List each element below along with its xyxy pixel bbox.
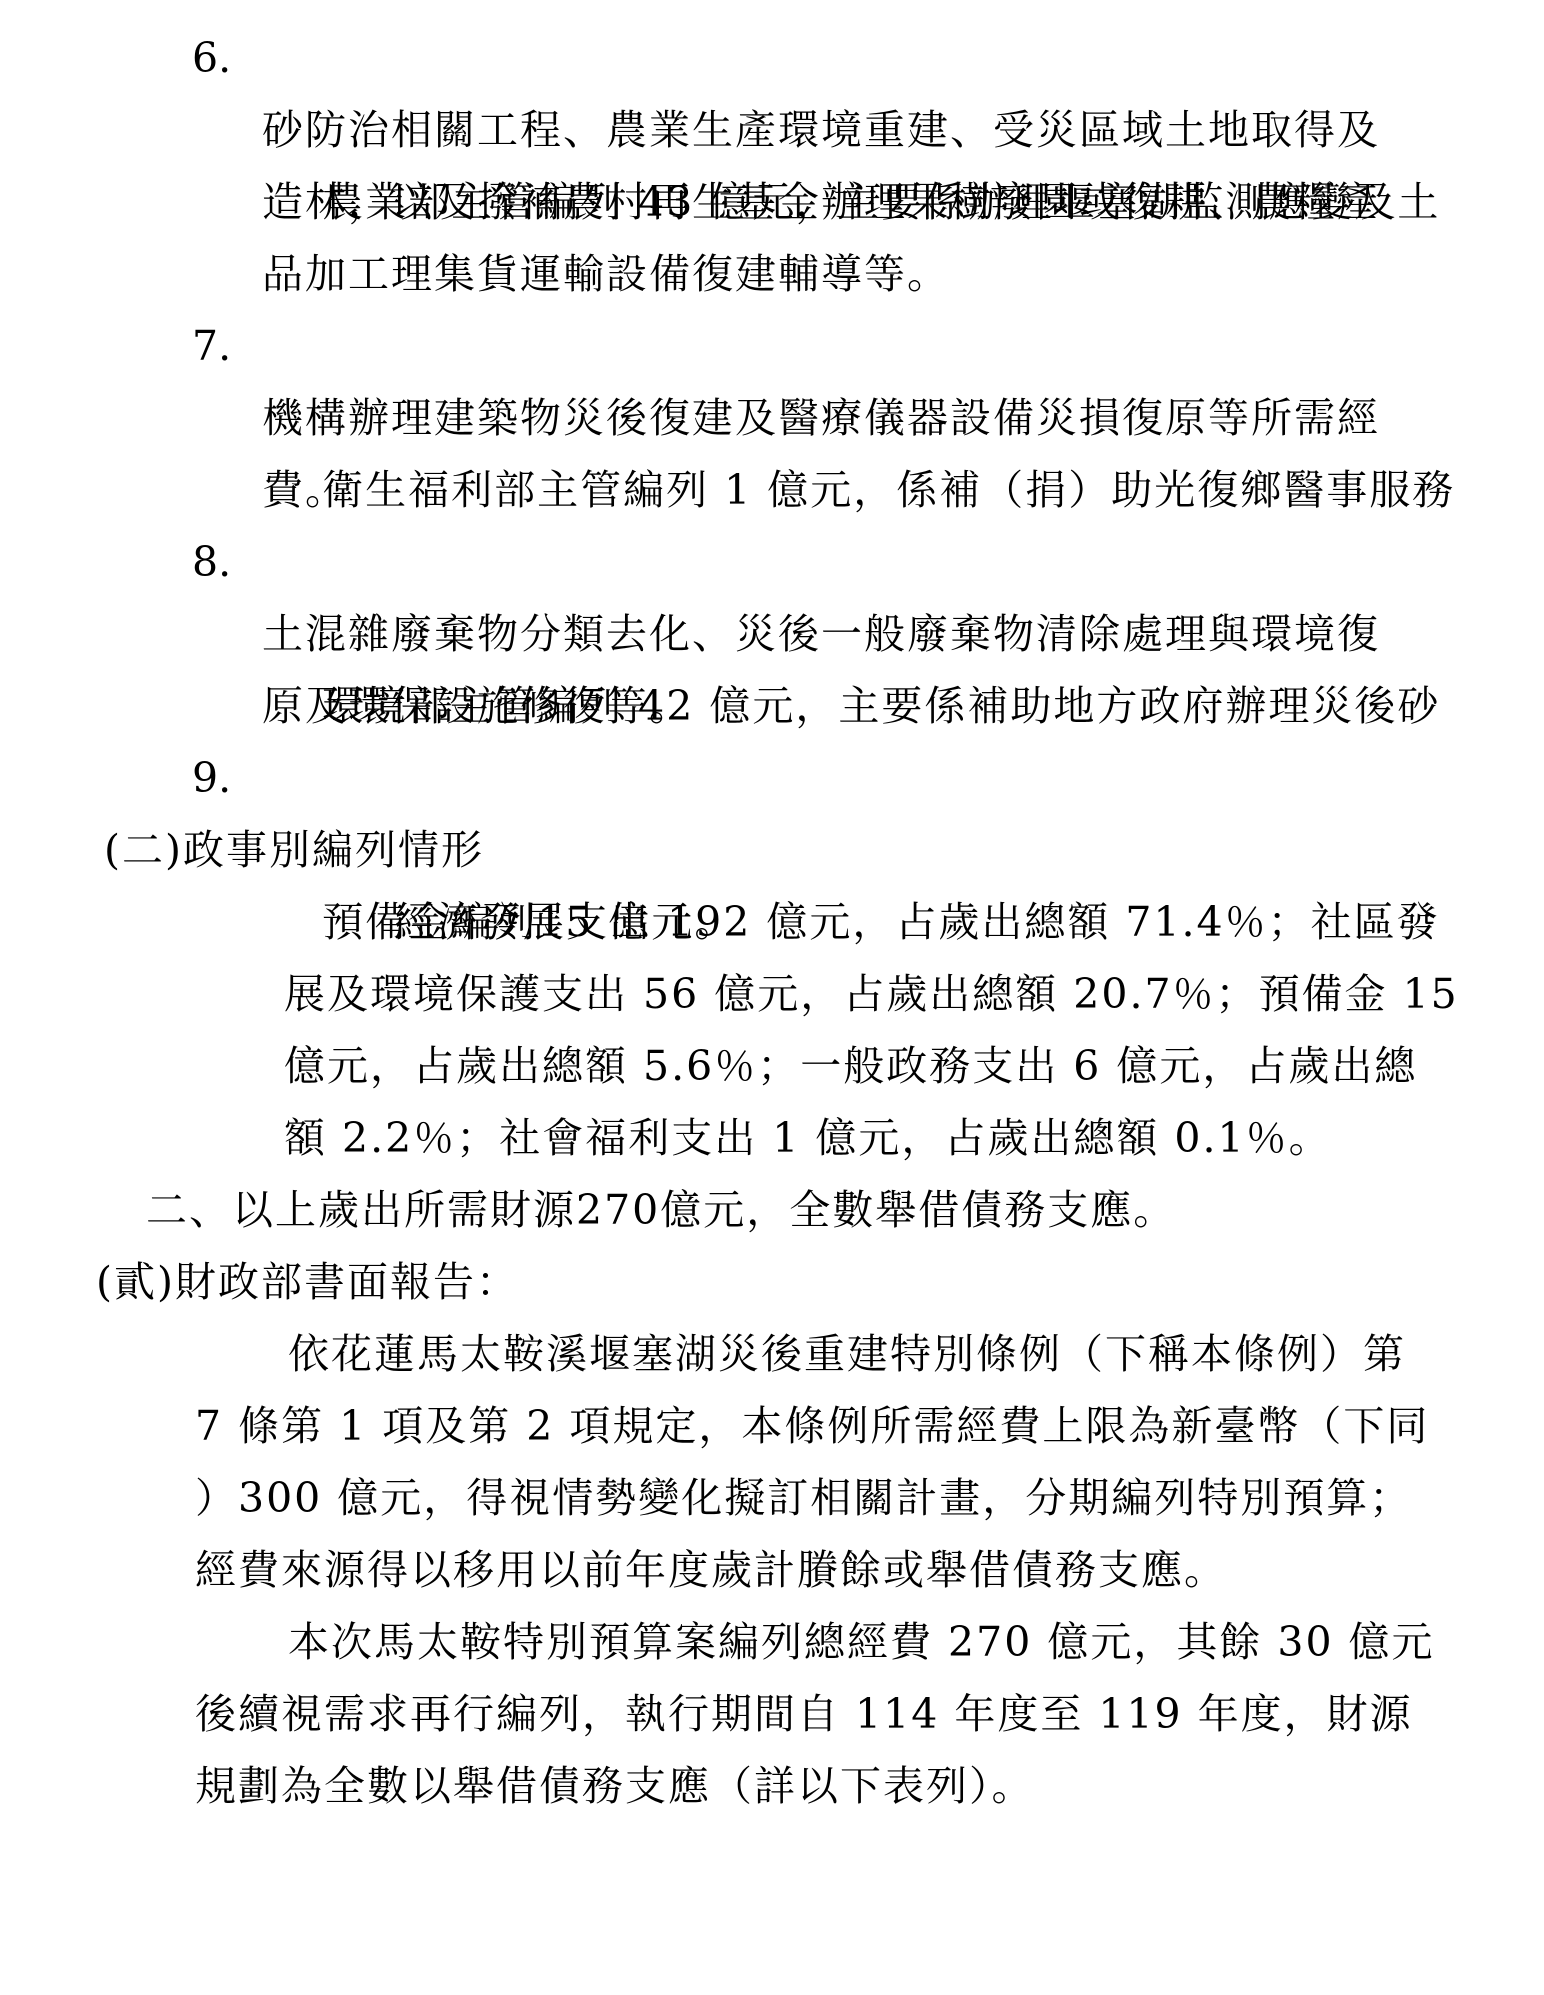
document-page: 6. 農業部主管編列 43 億元，主要係辦理堰塞湖監測應變及土 砂防治相關工程、…	[0, 0, 1544, 1995]
list-item-text-line: 衛生福利部主管編列 1 億元，係補（捐）助光復鄉醫事服務	[322, 466, 1455, 514]
list-item-text-line: 砂防治相關工程、農業生產環境重建、受災區域土地取得及	[0, 94, 1544, 166]
list-item-number: 6.	[192, 22, 231, 94]
paragraph-text-line: 經濟發展支出 192 億元，占歲出總額 71.4％；社區發	[0, 886, 1544, 958]
list-item: 8. 環境部主管編列 42 億元，主要係補助地方政府辦理災後砂	[0, 526, 1544, 598]
paragraph-text-line: 本次馬太鞍特別預算案編列總經費 270 億元，其餘 30 億元	[0, 1606, 1544, 1678]
list-item-text-line: 土混雜廢棄物分類去化、災後一般廢棄物清除處理與環境復	[0, 598, 1544, 670]
list-item: 9. 預備金編列15 億元。	[0, 742, 1544, 814]
paragraph-text-line: 後續視需求再行編列，執行期間自 114 年度至 119 年度，財源	[0, 1678, 1544, 1750]
list-item-number: 7.	[192, 310, 231, 382]
paragraph-text-line: 展及環境保護支出 56 億元，占歲出總額 20.7％；預備金 15	[0, 958, 1544, 1030]
paragraph-text-line: 經費來源得以移用以前年度歲計賸餘或舉借債務支應。	[0, 1534, 1544, 1606]
list-item-text-line: 環境部主管編列 42 億元，主要係補助地方政府辦理災後砂	[322, 682, 1440, 730]
list-item: 6. 農業部主管編列 43 億元，主要係辦理堰塞湖監測應變及土	[0, 22, 1544, 94]
list-item-number: 8.	[192, 526, 231, 598]
subsection-heading: (二)政事別編列情形	[0, 814, 1544, 886]
paragraph-text-line: 7 條第 1 項及第 2 項規定，本條例所需經費上限為新臺幣（下同	[0, 1390, 1544, 1462]
paragraph-text-line: 規劃為全數以舉借債務支應（詳以下表列）。	[0, 1750, 1544, 1822]
section-heading: (貳)財政部書面報告：	[0, 1246, 1544, 1318]
list-item: 7. 衛生福利部主管編列 1 億元，係補（捐）助光復鄉醫事服務	[0, 310, 1544, 382]
list-item-text-line: 二、以上歲出所需財源270億元，全數舉借債務支應。	[0, 1174, 1544, 1246]
paragraph-text-line: 依花蓮馬太鞍溪堰塞湖災後重建特別條例（下稱本條例）第	[0, 1318, 1544, 1390]
paragraph-text-line: 億元，占歲出總額 5.6％；一般政務支出 6 億元，占歲出總	[0, 1030, 1544, 1102]
paragraph-text-line: 額 2.2％；社會福利支出 1 億元，占歲出總額 0.1％。	[0, 1102, 1544, 1174]
list-item-text-line: 機構辦理建築物災後復建及醫療儀器設備災損復原等所需經	[0, 382, 1544, 454]
list-item-number: 9.	[192, 742, 231, 814]
paragraph-text-line: ）300 億元，得視情勢變化擬訂相關計畫，分期編列特別預算；	[0, 1462, 1544, 1534]
list-item-text-line: 農業部主管編列 43 億元，主要係辦理堰塞湖監測應變及土	[322, 178, 1440, 226]
list-item-text-line: 預備金編列15 億元。	[322, 898, 737, 946]
list-item-text-line: 品加工理集貨運輸設備復建輔導等。	[0, 238, 1544, 310]
